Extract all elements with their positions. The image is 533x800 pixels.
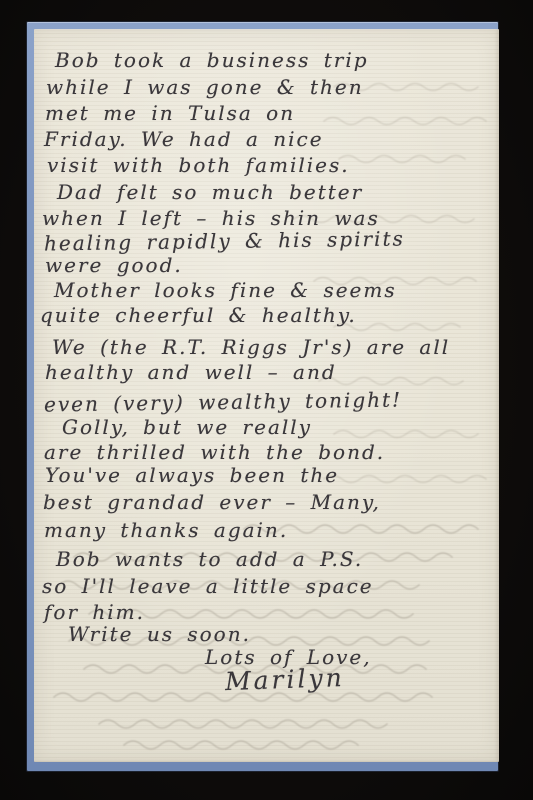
letter-line: best grandad ever – Many,	[43, 490, 381, 514]
scanned-letter-page: Bob took a business tripwhile I was gone…	[0, 0, 533, 800]
letter-line: Mother looks fine & seems	[54, 278, 397, 302]
letter-line: while I was gone & then	[46, 75, 364, 99]
letter-line: were good.	[45, 253, 183, 277]
letter-line: are thrilled with the bond.	[44, 440, 385, 464]
letter-line: even (very) wealthy tonight!	[44, 388, 402, 417]
letter-line: healthy and well – and	[45, 360, 337, 384]
letter-line: visit with both families.	[47, 153, 350, 177]
letter-line: many thanks again.	[44, 518, 288, 542]
letter-line: so I'll leave a little space	[42, 574, 374, 598]
letter-line: quite cheerful & healthy.	[40, 303, 357, 327]
letter-page: Bob took a business tripwhile I was gone…	[34, 29, 499, 762]
letter-line: Bob took a business trip	[55, 48, 369, 72]
letter-line: Friday. We had a nice	[44, 127, 324, 151]
letter-line: Dad felt so much better	[57, 180, 363, 204]
letter-line: Bob wants to add a P.S.	[56, 547, 363, 571]
letter-body: Bob took a business tripwhile I was gone…	[34, 29, 499, 762]
letter-line: met me in Tulsa on	[45, 101, 295, 125]
letter-line: Golly, but we really	[62, 415, 312, 439]
letter-line: Write us soon.	[68, 622, 251, 646]
letter-line: You've always been the	[45, 463, 339, 487]
signature: Marilyn	[225, 666, 345, 694]
letter-line: healing rapidly & his spirits	[44, 226, 405, 255]
letter-line: for him.	[44, 600, 145, 624]
letter-line: when I left – his shin was	[42, 206, 380, 230]
letter-line: We (the R.T. Riggs Jr's) are all	[52, 335, 450, 359]
